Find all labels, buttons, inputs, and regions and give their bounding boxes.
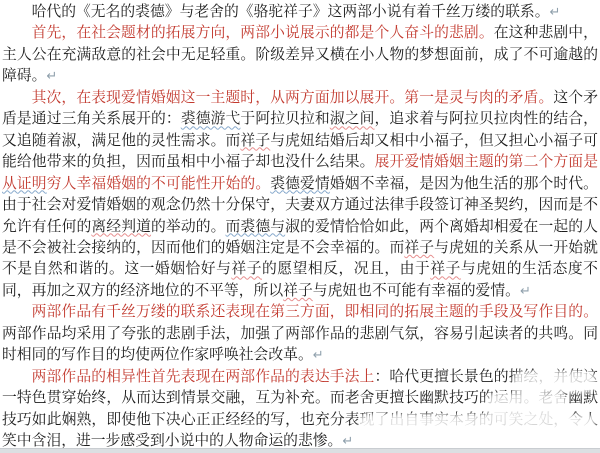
text-run: 淑之间: [330, 111, 375, 127]
text-run: 裘德爱情: [270, 176, 330, 192]
text-run: 两部作品的相异性首先表现在两部作品的表达手法上: [32, 369, 375, 385]
text-run: 裘德游弋: [181, 111, 241, 127]
text-run: 展开爱情婚姻主题的第二个方面是: [375, 154, 598, 170]
paragraph: 首先，在社会题材的拓展方向，两部小说展示的都是个人奋斗的悲剧。在这种悲剧中，主人…: [2, 23, 598, 87]
text-run: 离经判道: [91, 219, 151, 235]
text-run: 祥子: [283, 283, 313, 299]
text-run: 的举动的。: [151, 219, 226, 235]
text-run: 的愿望相反，况且，由于: [262, 261, 430, 277]
page-bottom-edge: [0, 448, 600, 453]
text-run: 而裘德与: [226, 219, 286, 235]
text-run: 祥子: [430, 261, 461, 277]
paragraph: 哈代的《无名的裘德》与老舍的《骆驼祥子》这两部小说有着千丝万缕的联系。↵: [2, 2, 598, 23]
text-run: 祥子: [240, 133, 270, 149]
paragraph-mark-icon: ↵: [550, 5, 561, 20]
text-run: 于阿拉贝拉和: [240, 111, 329, 127]
text-run: 两部作品有千丝万缕的联系还表现在第三方面，即相同的拓展主题的手段及写作目的。: [32, 304, 598, 320]
text-run: 祥子: [404, 240, 434, 256]
document-page: 哈代的《无名的裘德》与老舍的《骆驼祥子》这两部小说有着千丝万缕的联系。↵首先，在…: [0, 0, 600, 453]
paragraph-mark-icon: ↵: [520, 284, 531, 299]
paragraph: 两部作品有千丝万缕的联系还表现在第三方面，即相同的拓展主题的手段及写作目的。两部…: [2, 302, 598, 366]
text-run: 哈代的《无名的裘德》与老舍的《骆驼祥子》这两部小说有着千丝万缕的联系。: [32, 4, 550, 20]
paragraph: 其次，在表现爱情婚姻这一主题时，从两方面加以展开。第一是灵与肉的矛盾。这个矛盾是…: [2, 88, 598, 303]
text-run: 其次，在表现爱情婚姻这一主题时，从两方面加以展开。第一是灵与肉的矛盾。: [32, 90, 554, 106]
paragraph-mark-icon: ↵: [46, 69, 57, 84]
paragraph-mark-icon: ↵: [313, 348, 324, 363]
document-text-area[interactable]: 哈代的《无名的裘德》与老舍的《骆驼祥子》这两部小说有着千丝万缕的联系。↵首先，在…: [0, 0, 600, 453]
text-run: 从证明: [2, 176, 47, 192]
text-run: 穷人幸福婚姻的不可能性开始的。: [47, 176, 271, 192]
text-run: 两部作品均采用了夸张的悲剧手法，加强了两部作品的悲剧气氛，容易引起读者的共鸣。同…: [2, 326, 598, 363]
text-run: 与虎妞也不可能有幸福的爱情。: [313, 283, 520, 299]
paragraph: 两部作品的相异性首先表现在两部作品的表达手法上：哈代更擅长景色的描绘，并使这一特…: [2, 367, 598, 453]
text-run: 首先，在社会题材的拓展方向，两部小说展示的都是个人奋斗的悲剧。: [32, 25, 494, 41]
paragraph-mark-icon: ↵: [342, 434, 353, 449]
text-run: 祥子: [231, 261, 262, 277]
